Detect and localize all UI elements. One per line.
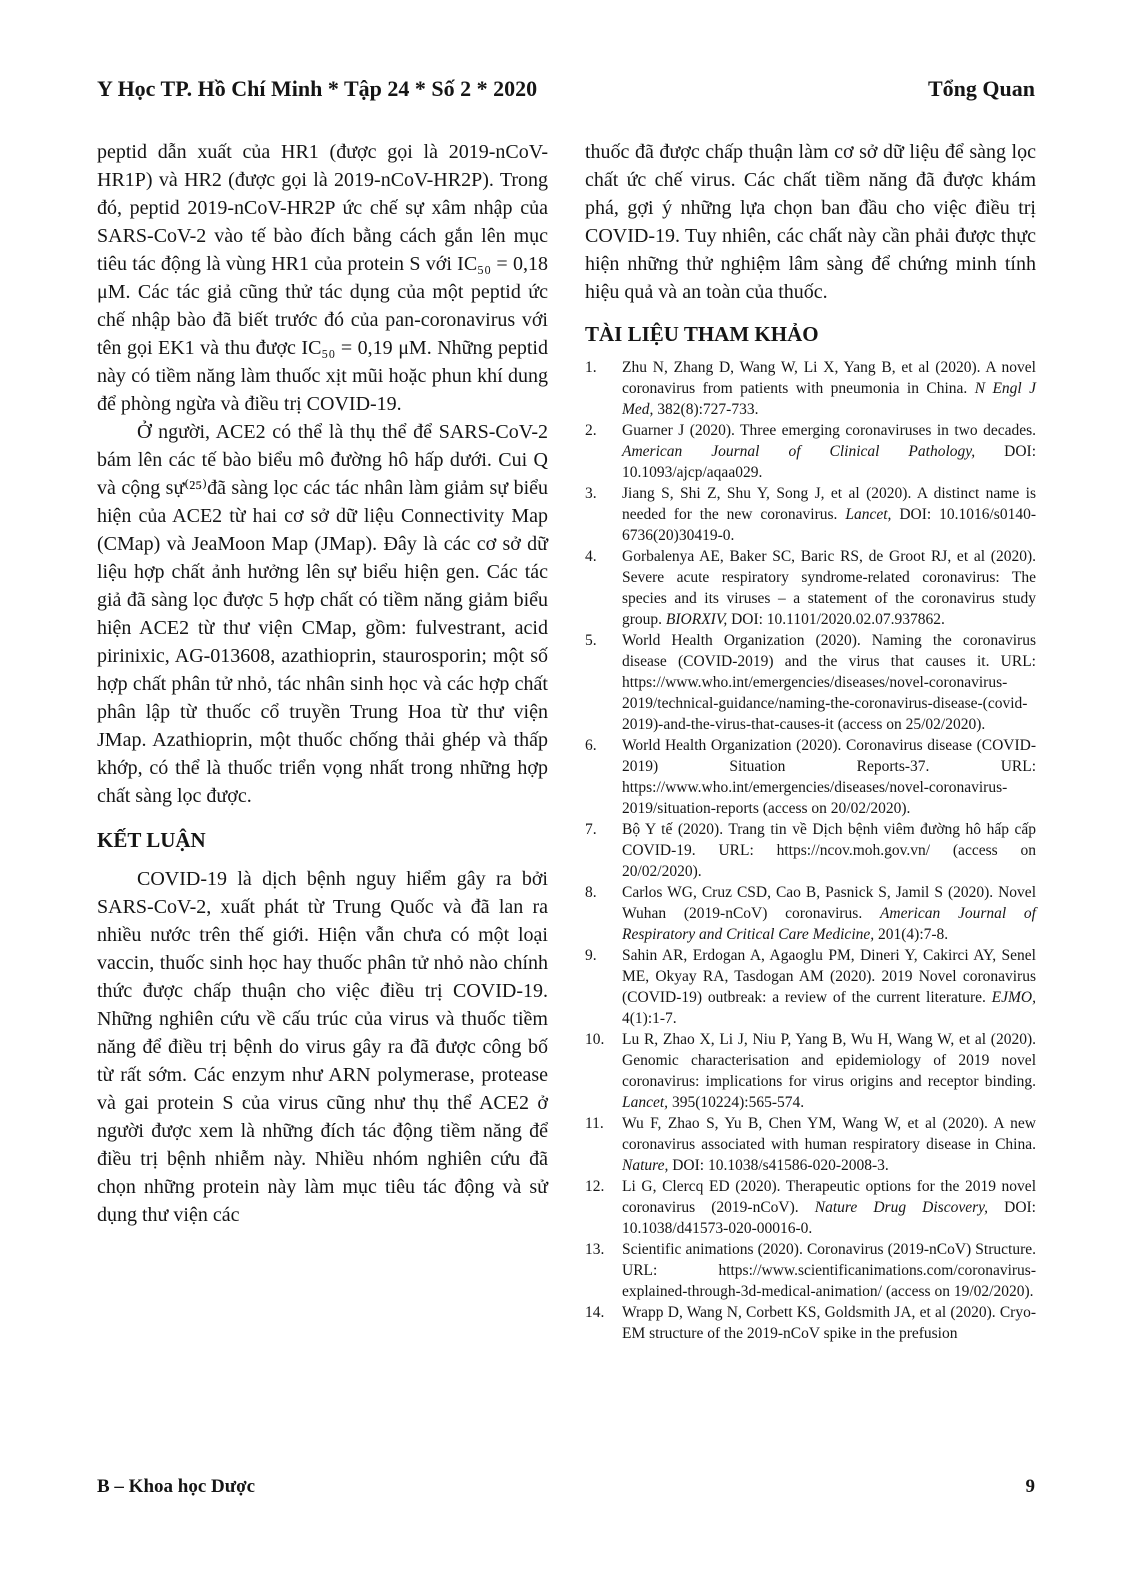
reference-item: 8.Carlos WG, Cruz CSD, Cao B, Pasnick S,… xyxy=(585,882,1036,945)
reference-item: 2.Guarner J (2020). Three emerging coron… xyxy=(585,420,1036,483)
reference-item: 10.Lu R, Zhao X, Li J, Niu P, Yang B, Wu… xyxy=(585,1029,1036,1113)
body-paragraph-drug-screening: thuốc đã được chấp thuận làm cơ sở dữ li… xyxy=(585,138,1036,306)
reference-item: 5.World Health Organization (2020). Nami… xyxy=(585,630,1036,735)
reference-text: Carlos WG, Cruz CSD, Cao B, Pasnick S, J… xyxy=(622,882,1036,945)
reference-text: Li G, Clercq ED (2020). Therapeutic opti… xyxy=(622,1176,1036,1239)
journal-title: Y Học TP. Hồ Chí Minh * Tập 24 * Số 2 * … xyxy=(97,76,537,102)
footer-section-label: B – Khoa học Dược xyxy=(97,1476,255,1498)
reference-number: 13. xyxy=(585,1239,622,1260)
reference-number: 1. xyxy=(585,357,622,378)
reference-item: 9.Sahin AR, Erdogan A, Agaoglu PM, Diner… xyxy=(585,945,1036,1029)
reference-text: Guarner J (2020). Three emerging coronav… xyxy=(622,420,1036,483)
reference-text: Jiang S, Shi Z, Shu Y, Song J, et al (20… xyxy=(622,483,1036,546)
reference-text: Scientific animations (2020). Coronaviru… xyxy=(622,1239,1036,1302)
reference-number: 11. xyxy=(585,1113,622,1134)
right-column: thuốc đã được chấp thuận làm cơ sở dữ li… xyxy=(585,138,1036,1344)
article-type-label: Tổng Quan xyxy=(928,76,1035,102)
reference-item: 1.Zhu N, Zhang D, Wang W, Li X, Yang B, … xyxy=(585,357,1036,420)
reference-item: 3.Jiang S, Shi Z, Shu Y, Song J, et al (… xyxy=(585,483,1036,546)
body-paragraph-ace2-screening: Ở người, ACE2 có thể là thụ thể để SARS-… xyxy=(97,418,548,810)
reference-number: 14. xyxy=(585,1302,622,1323)
reference-number: 10. xyxy=(585,1029,622,1050)
reference-text: Lu R, Zhao X, Li J, Niu P, Yang B, Wu H,… xyxy=(622,1029,1036,1113)
reference-text: Zhu N, Zhang D, Wang W, Li X, Yang B, et… xyxy=(622,357,1036,420)
body-paragraph-peptides: peptid dẫn xuất của HR1 (được gọi là 201… xyxy=(97,138,548,418)
reference-text: Wu F, Zhao S, Yu B, Chen YM, Wang W, et … xyxy=(622,1113,1036,1176)
conclusion-paragraph: COVID-19 là dịch bệnh nguy hiểm gây ra b… xyxy=(97,865,548,1229)
reference-text: Gorbalenya AE, Baker SC, Baric RS, de Gr… xyxy=(622,546,1036,630)
reference-item: 4.Gorbalenya AE, Baker SC, Baric RS, de … xyxy=(585,546,1036,630)
left-column: peptid dẫn xuất của HR1 (được gọi là 201… xyxy=(97,138,548,1344)
journal-page: Y Học TP. Hồ Chí Minh * Tập 24 * Số 2 * … xyxy=(0,0,1130,1571)
reference-text: World Health Organization (2020). Naming… xyxy=(622,630,1036,735)
reference-number: 4. xyxy=(585,546,622,567)
reference-text: Wrapp D, Wang N, Corbett KS, Goldsmith J… xyxy=(622,1302,1036,1344)
reference-text: Sahin AR, Erdogan A, Agaoglu PM, Dineri … xyxy=(622,945,1036,1029)
page-number: 9 xyxy=(1026,1476,1036,1498)
reference-number: 7. xyxy=(585,819,622,840)
reference-number: 12. xyxy=(585,1176,622,1197)
reference-item: 6.World Health Organization (2020). Coro… xyxy=(585,735,1036,819)
conclusion-heading: KẾT LUẬN xyxy=(97,828,548,853)
reference-number: 3. xyxy=(585,483,622,504)
reference-text: World Health Organization (2020). Corona… xyxy=(622,735,1036,819)
reference-number: 9. xyxy=(585,945,622,966)
references-heading: TÀI LIỆU THAM KHẢO xyxy=(585,322,1036,347)
reference-number: 2. xyxy=(585,420,622,441)
reference-number: 8. xyxy=(585,882,622,903)
references-list: 1.Zhu N, Zhang D, Wang W, Li X, Yang B, … xyxy=(585,357,1036,1344)
reference-item: 11.Wu F, Zhao S, Yu B, Chen YM, Wang W, … xyxy=(585,1113,1036,1176)
reference-item: 12.Li G, Clercq ED (2020). Therapeutic o… xyxy=(585,1176,1036,1239)
page-header: Y Học TP. Hồ Chí Minh * Tập 24 * Số 2 * … xyxy=(97,76,1035,102)
reference-item: 7.Bộ Y tế (2020). Trang tin về Dịch bệnh… xyxy=(585,819,1036,882)
page-footer: B – Khoa học Dược 9 xyxy=(97,1476,1035,1498)
reference-text: Bộ Y tế (2020). Trang tin về Dịch bệnh v… xyxy=(622,819,1036,882)
reference-number: 6. xyxy=(585,735,622,756)
reference-item: 14.Wrapp D, Wang N, Corbett KS, Goldsmit… xyxy=(585,1302,1036,1344)
two-column-body: peptid dẫn xuất của HR1 (được gọi là 201… xyxy=(97,138,1036,1344)
reference-number: 5. xyxy=(585,630,622,651)
reference-item: 13.Scientific animations (2020). Coronav… xyxy=(585,1239,1036,1302)
